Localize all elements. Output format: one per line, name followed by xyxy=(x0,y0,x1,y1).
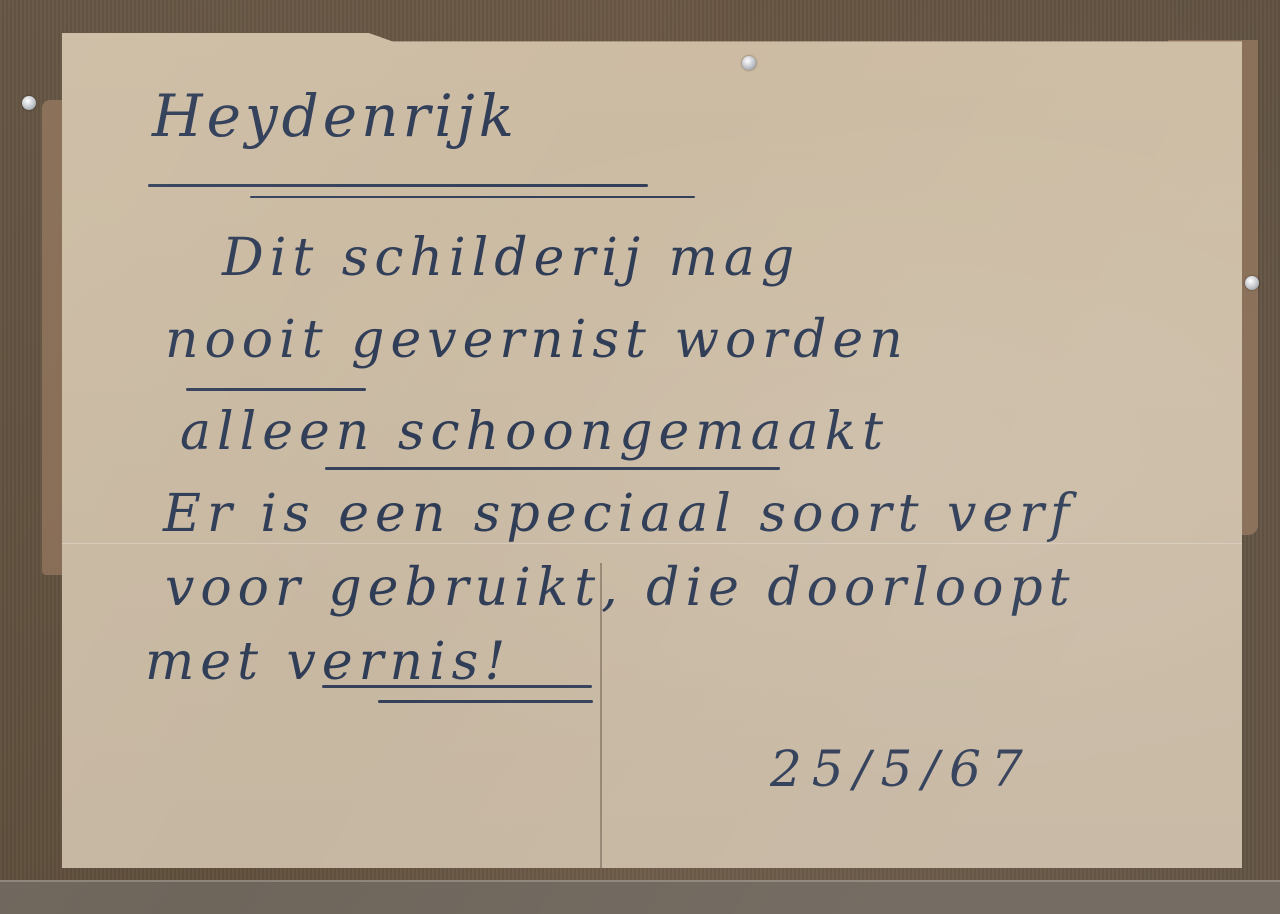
note-line-5: voor gebruikt, die doorloopt xyxy=(165,558,1076,618)
note-date: 25/5/67 xyxy=(770,740,1033,798)
pin-icon xyxy=(742,56,756,70)
note-line-1: Dit schilderij mag xyxy=(222,228,800,288)
schoongemaakt-underline xyxy=(325,467,780,470)
note-line-3: alleen schoongemaakt xyxy=(180,402,889,462)
note-line-2: nooit gevernist worden xyxy=(165,310,909,370)
note-line-6: met vernis! xyxy=(145,632,511,692)
heading-underline-1 xyxy=(148,184,648,187)
line-2-underline-fragment xyxy=(186,388,366,391)
vernis-underline-2 xyxy=(378,700,593,703)
vernis-underline-1 xyxy=(322,685,592,688)
note-line-4: Er is een speciaal soort verf xyxy=(163,484,1075,544)
note-heading: Heydenrijk xyxy=(152,82,518,150)
heading-underline-2 xyxy=(250,196,695,198)
frame-stretcher-bottom xyxy=(0,880,1280,914)
pin-icon xyxy=(1245,276,1259,290)
pin-icon xyxy=(22,96,36,110)
